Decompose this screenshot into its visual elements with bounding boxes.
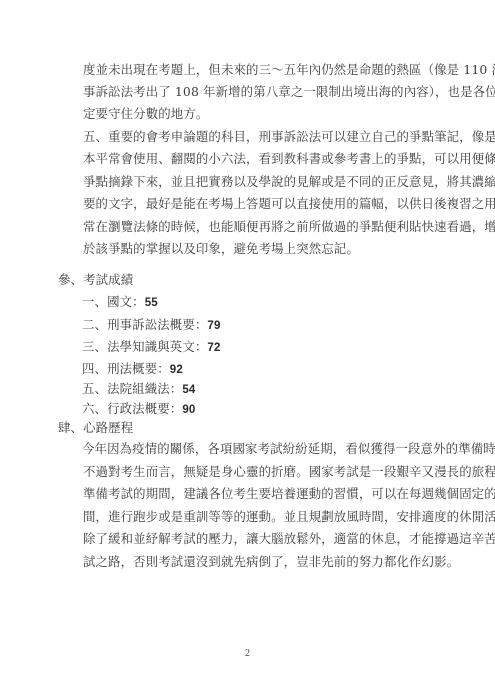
section-heading-exam-scores: 參、考試成績 (58, 272, 133, 288)
paragraph-line: 事訴訟法考出了 108 年新增的第八章之一限制出境出海的內容），也是各位考生一 (83, 84, 495, 100)
score-item: 三、法學知識與英文：72 (82, 339, 221, 356)
paragraph-line: 爭點摘錄下來，並且把實務以及學說的見解或是不同的正反意見，將其濃縮成精 (83, 174, 495, 190)
score-label: 五、法院組織法： (82, 381, 182, 396)
paragraph-line: 本平常會使用、翻閱的小六法，看到教科書或參考書上的爭點，可以用便條紙將 (83, 151, 495, 167)
score-item: 五、法院組織法：54 (82, 381, 195, 398)
paragraph-line: 今年因為疫情的關係，各項國家考試紛紛延期，看似獲得一段意外的準備時間， (82, 441, 495, 457)
paragraph-line: 要的文字，最好是能在考場上答題可以直接使用的篇幅，以供日後複習之用，平 (83, 196, 495, 212)
paragraph-line: 五、重要的會考申論題的科目，刑事訴訟法可以建立自己的爭點筆記，像是找一 (83, 129, 495, 145)
score-label: 二、刑事訴訟法概要： (82, 317, 207, 332)
score-value: 55 (145, 297, 158, 309)
paragraph-line: 除了緩和並紓解考試的壓力，讓大腦放鬆外，適當的休息，才能撐過這辛苦的考 (83, 531, 495, 547)
score-value: 72 (207, 342, 220, 354)
paragraph-line: 不過對考生而言，無疑是身心靈的折磨。國家考試是一段艱辛又漫長的旅程，在 (83, 464, 495, 480)
paragraph-line: 常在瀏覽法條的時候，也能順便再將之前所做過的爭點便利貼快速看過，增加對 (83, 219, 495, 235)
score-value: 92 (170, 364, 183, 376)
page-number: 2 (0, 648, 495, 659)
score-item: 四、刑法概要：92 (82, 361, 183, 378)
paragraph-line: 準備考試的期間，建議各位考生要培養運動的習慣，可以在每週幾個固定的時 (83, 486, 495, 502)
document-page: 度並未出現在考題上，但未來的三～五年內仍然是命題的熱區（像是 110 法警刑 事… (0, 0, 495, 700)
paragraph-line: 於該爭點的掌握以及印象，避免考場上突然忘記。 (83, 241, 359, 257)
section-heading-reflections: 肆、心路歷程 (58, 420, 133, 436)
score-item: 二、刑事訴訟法概要：79 (82, 317, 221, 334)
score-item: 一、國文：55 (82, 294, 158, 311)
score-label: 四、刑法概要： (82, 361, 170, 376)
score-label: 六、行政法概要： (82, 401, 182, 416)
score-value: 54 (182, 384, 195, 396)
score-value: 79 (207, 320, 220, 332)
score-label: 一、國文： (82, 294, 145, 309)
score-value: 90 (182, 404, 195, 416)
paragraph-line: 試之路，否則考試還沒到就先病倒了，豈非先前的努力都化作幻影。 (83, 554, 459, 570)
paragraph-line: 間，進行跑步或是重訓等等的運動。並且規劃放風時間，安排適度的休閒活動， (83, 509, 495, 525)
score-item: 六、行政法概要：90 (82, 401, 195, 418)
score-label: 三、法學知識與英文： (82, 339, 207, 354)
paragraph-line: 定要守住分數的地方。 (83, 106, 208, 122)
paragraph-line: 度並未出現在考題上，但未來的三～五年內仍然是命題的熱區（像是 110 法警刑 (83, 62, 495, 78)
